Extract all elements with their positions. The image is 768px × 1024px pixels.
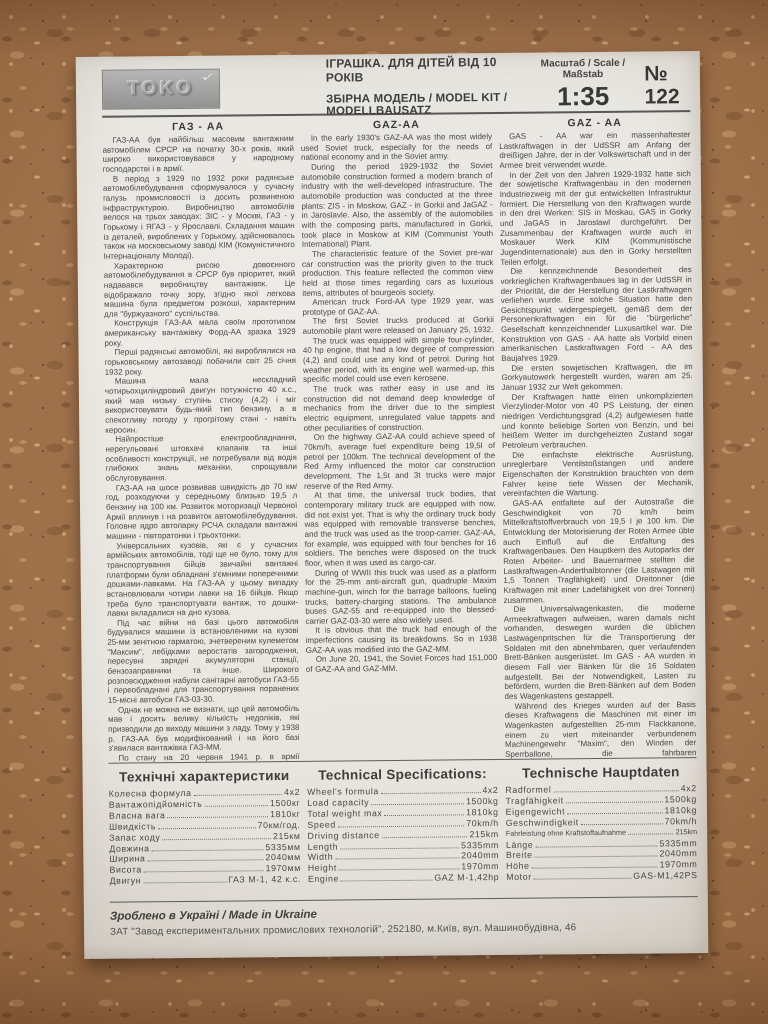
made-in-label: Зроблено в Україні / Made in Ukraine: [110, 905, 698, 923]
spec-row: ДвигунГАЗ М-1, 42 к.с.: [110, 874, 301, 887]
paragraph: Під час війни на базі цього автомобіля б…: [107, 617, 299, 706]
paragraph: During the period 1929-1932 the Soviet a…: [301, 161, 493, 250]
header-titles: ІГРАШКА. ДЛЯ ДІТЕЙ ВІД 10 РОКІВ ЗБІРНА М…: [326, 55, 538, 118]
spec-table-ukrainian: Технічні характеристики Колесна формула4…: [109, 768, 302, 902]
toko-logo: TOKO: [102, 68, 220, 109]
paragraph: During of WWII this truck was used as a …: [305, 567, 497, 627]
article-column-ukrainian: ГАЗ - АА ГАЗ-АА був найбільш масовим ван…: [102, 119, 299, 763]
spec-tables: Технічні характеристики Колесна формула4…: [108, 758, 697, 902]
paragraph: GAS - AA war ein massenhaftester Lastkra…: [499, 130, 691, 170]
paragraph: The first Soviet trucks produced at Gork…: [303, 315, 495, 336]
paragraph: In der Zeit von den Jahren 1929-1932 hat…: [499, 169, 691, 267]
paragraph: Die einfachste elektrische Ausrüstung, u…: [502, 449, 694, 499]
kit-number: № 122: [644, 62, 690, 109]
spec-row: EngineGAZ M-1,42hp: [308, 872, 499, 885]
paragraph: ГАЗ-АА був найбільш масовим вантажним ав…: [102, 134, 294, 174]
paragraph: Während des Krieges wurden auf der Basis…: [505, 700, 697, 759]
paragraph: ГАЗ-АА на шосе розвивав швидкість до 70 …: [106, 482, 298, 542]
toy-age-label: ІГРАШКА. ДЛЯ ДІТЕЙ ВІД 10 РОКІВ: [326, 55, 538, 85]
spec-rows-ukrainian: Колесна формула4x2Вантажопідйомність1500…: [109, 787, 301, 887]
scale-value: 1:35: [538, 83, 629, 110]
paragraph: Однак не можна не визнати, що цей автомо…: [108, 704, 300, 754]
spec-table-german: Technische Hauptdaten Radformel4x2Tragfä…: [505, 764, 698, 898]
sheet-header: TOKO ІГРАШКА. ДЛЯ ДІТЕЙ ВІД 10 РОКІВ ЗБІ…: [102, 51, 691, 118]
paragraph: GAS-AA entfaltete auf der Autostraße die…: [503, 497, 695, 605]
paragraph: Конструкція ГАЗ-АА мала своїм прототипом…: [104, 317, 296, 348]
paragraph: В період з 1929 по 1932 роки радянське а…: [103, 173, 295, 262]
paragraph: American truck Ford-AA type 1929 year, w…: [302, 296, 494, 317]
article-column-english: GAZ-AA In the early 1930's GAZ-AA was th…: [301, 117, 498, 761]
spec-table-english: Technical Specifications: Wheel's formul…: [307, 766, 500, 900]
model-kit-label: ЗБІРНА МОДЕЛЬ / MODEL KIT / MODELLBAUSAT…: [326, 92, 538, 118]
paragraph: It is obvious that the truck had enough …: [305, 624, 497, 655]
spec-rows-german: Radformel4x2Tragfähigkeit1500kgEigengewi…: [505, 783, 697, 883]
spec-row: MotorGAS-M1,42PS: [506, 870, 697, 883]
photo-of-instruction-sheet: { "header": { "logo": "TOKO", "line1": "…: [0, 0, 768, 1024]
spec-title-ukrainian: Технічні характеристики: [109, 768, 300, 785]
article-title-english: GAZ-AA: [301, 118, 492, 132]
paragraph: Характерною рисою довоєнного автомобілеб…: [104, 259, 296, 319]
header-right: Масштаб / Scale / Maßstab 1:35 № 122: [538, 57, 691, 111]
article-body-german: GAS - AA war ein massenhaftester Lastkra…: [499, 130, 696, 759]
paragraph: Машина мала нескладний чотирьохциліндров…: [105, 375, 297, 435]
article-title-german: GAZ - AA: [499, 116, 690, 130]
spec-title-english: Technical Specifications:: [307, 766, 498, 783]
paragraph: По стану на 20 червня 1941 р. в армії на…: [108, 752, 299, 763]
paragraph: The truck was rather easy in use and its…: [303, 383, 495, 433]
paragraph: On June 20, 1941, the Soviet Forces had …: [306, 653, 498, 674]
paragraph: Найпростіше електрообладнання, нерегульо…: [105, 433, 297, 483]
paragraph: In the early 1930's GAZ-AA was the most …: [301, 132, 493, 163]
spec-rows-english: Wheel's formula4x2Load capacity1500kgTot…: [307, 785, 499, 885]
paragraph: At that time, the universal truck bodies…: [304, 489, 496, 568]
article-column-german: GAZ - AA GAS - AA war ein massenhafteste…: [499, 115, 696, 759]
toko-logo-text: TOKO: [128, 77, 195, 100]
sheet-content: TOKO ІГРАШКА. ДЛЯ ДІТЕЙ ВІД 10 РОКІВ ЗБІ…: [76, 51, 709, 959]
article-columns: ГАЗ - АА ГАЗ-АА був найбільш масовим ван…: [102, 112, 696, 763]
paragraph: Die Universalwagenkasten, die moderne Ar…: [504, 603, 696, 701]
toko-bird-icon: [202, 72, 214, 81]
article-body-english: In the early 1930's GAZ-AA was the most …: [301, 132, 498, 675]
article-body-ukrainian: ГАЗ-АА був найбільш масовим вантажним ав…: [102, 134, 299, 763]
instruction-sheet: TOKO ІГРАШКА. ДЛЯ ДІТЕЙ ВІД 10 РОКІВ ЗБІ…: [76, 51, 709, 959]
manufacturer-address: ЗАТ "Завод експериментальних промислових…: [110, 921, 698, 938]
paragraph: The truck was equipped with simple four-…: [303, 335, 495, 385]
spec-title-german: Technische Hauptdaten: [505, 764, 696, 781]
scale-block: Масштаб / Scale / Maßstab 1:35: [538, 58, 629, 110]
paragraph: Універсальних кузовів, які є у сучасних …: [106, 539, 298, 618]
paragraph: On the highway GAZ-AA could achieve spee…: [304, 431, 496, 491]
scale-label: Масштаб / Scale / Maßstab: [538, 58, 629, 81]
paragraph: Die kennzeichnende Besonderheit des vork…: [500, 265, 692, 363]
paragraph: Der Kraftwagen hatte einen unkompliziert…: [502, 391, 694, 451]
sheet-footer: Зроблено в Україні / Made in Ukraine ЗАТ…: [110, 897, 698, 938]
paragraph: Die ersten sowjetischen Kraftwagen, die …: [501, 362, 693, 393]
article-title-ukrainian: ГАЗ - АА: [102, 120, 293, 134]
paragraph: Перші радянські автомобілі, які вироблял…: [104, 346, 296, 377]
paragraph: The characteristic feature of the Soviet…: [302, 248, 494, 298]
